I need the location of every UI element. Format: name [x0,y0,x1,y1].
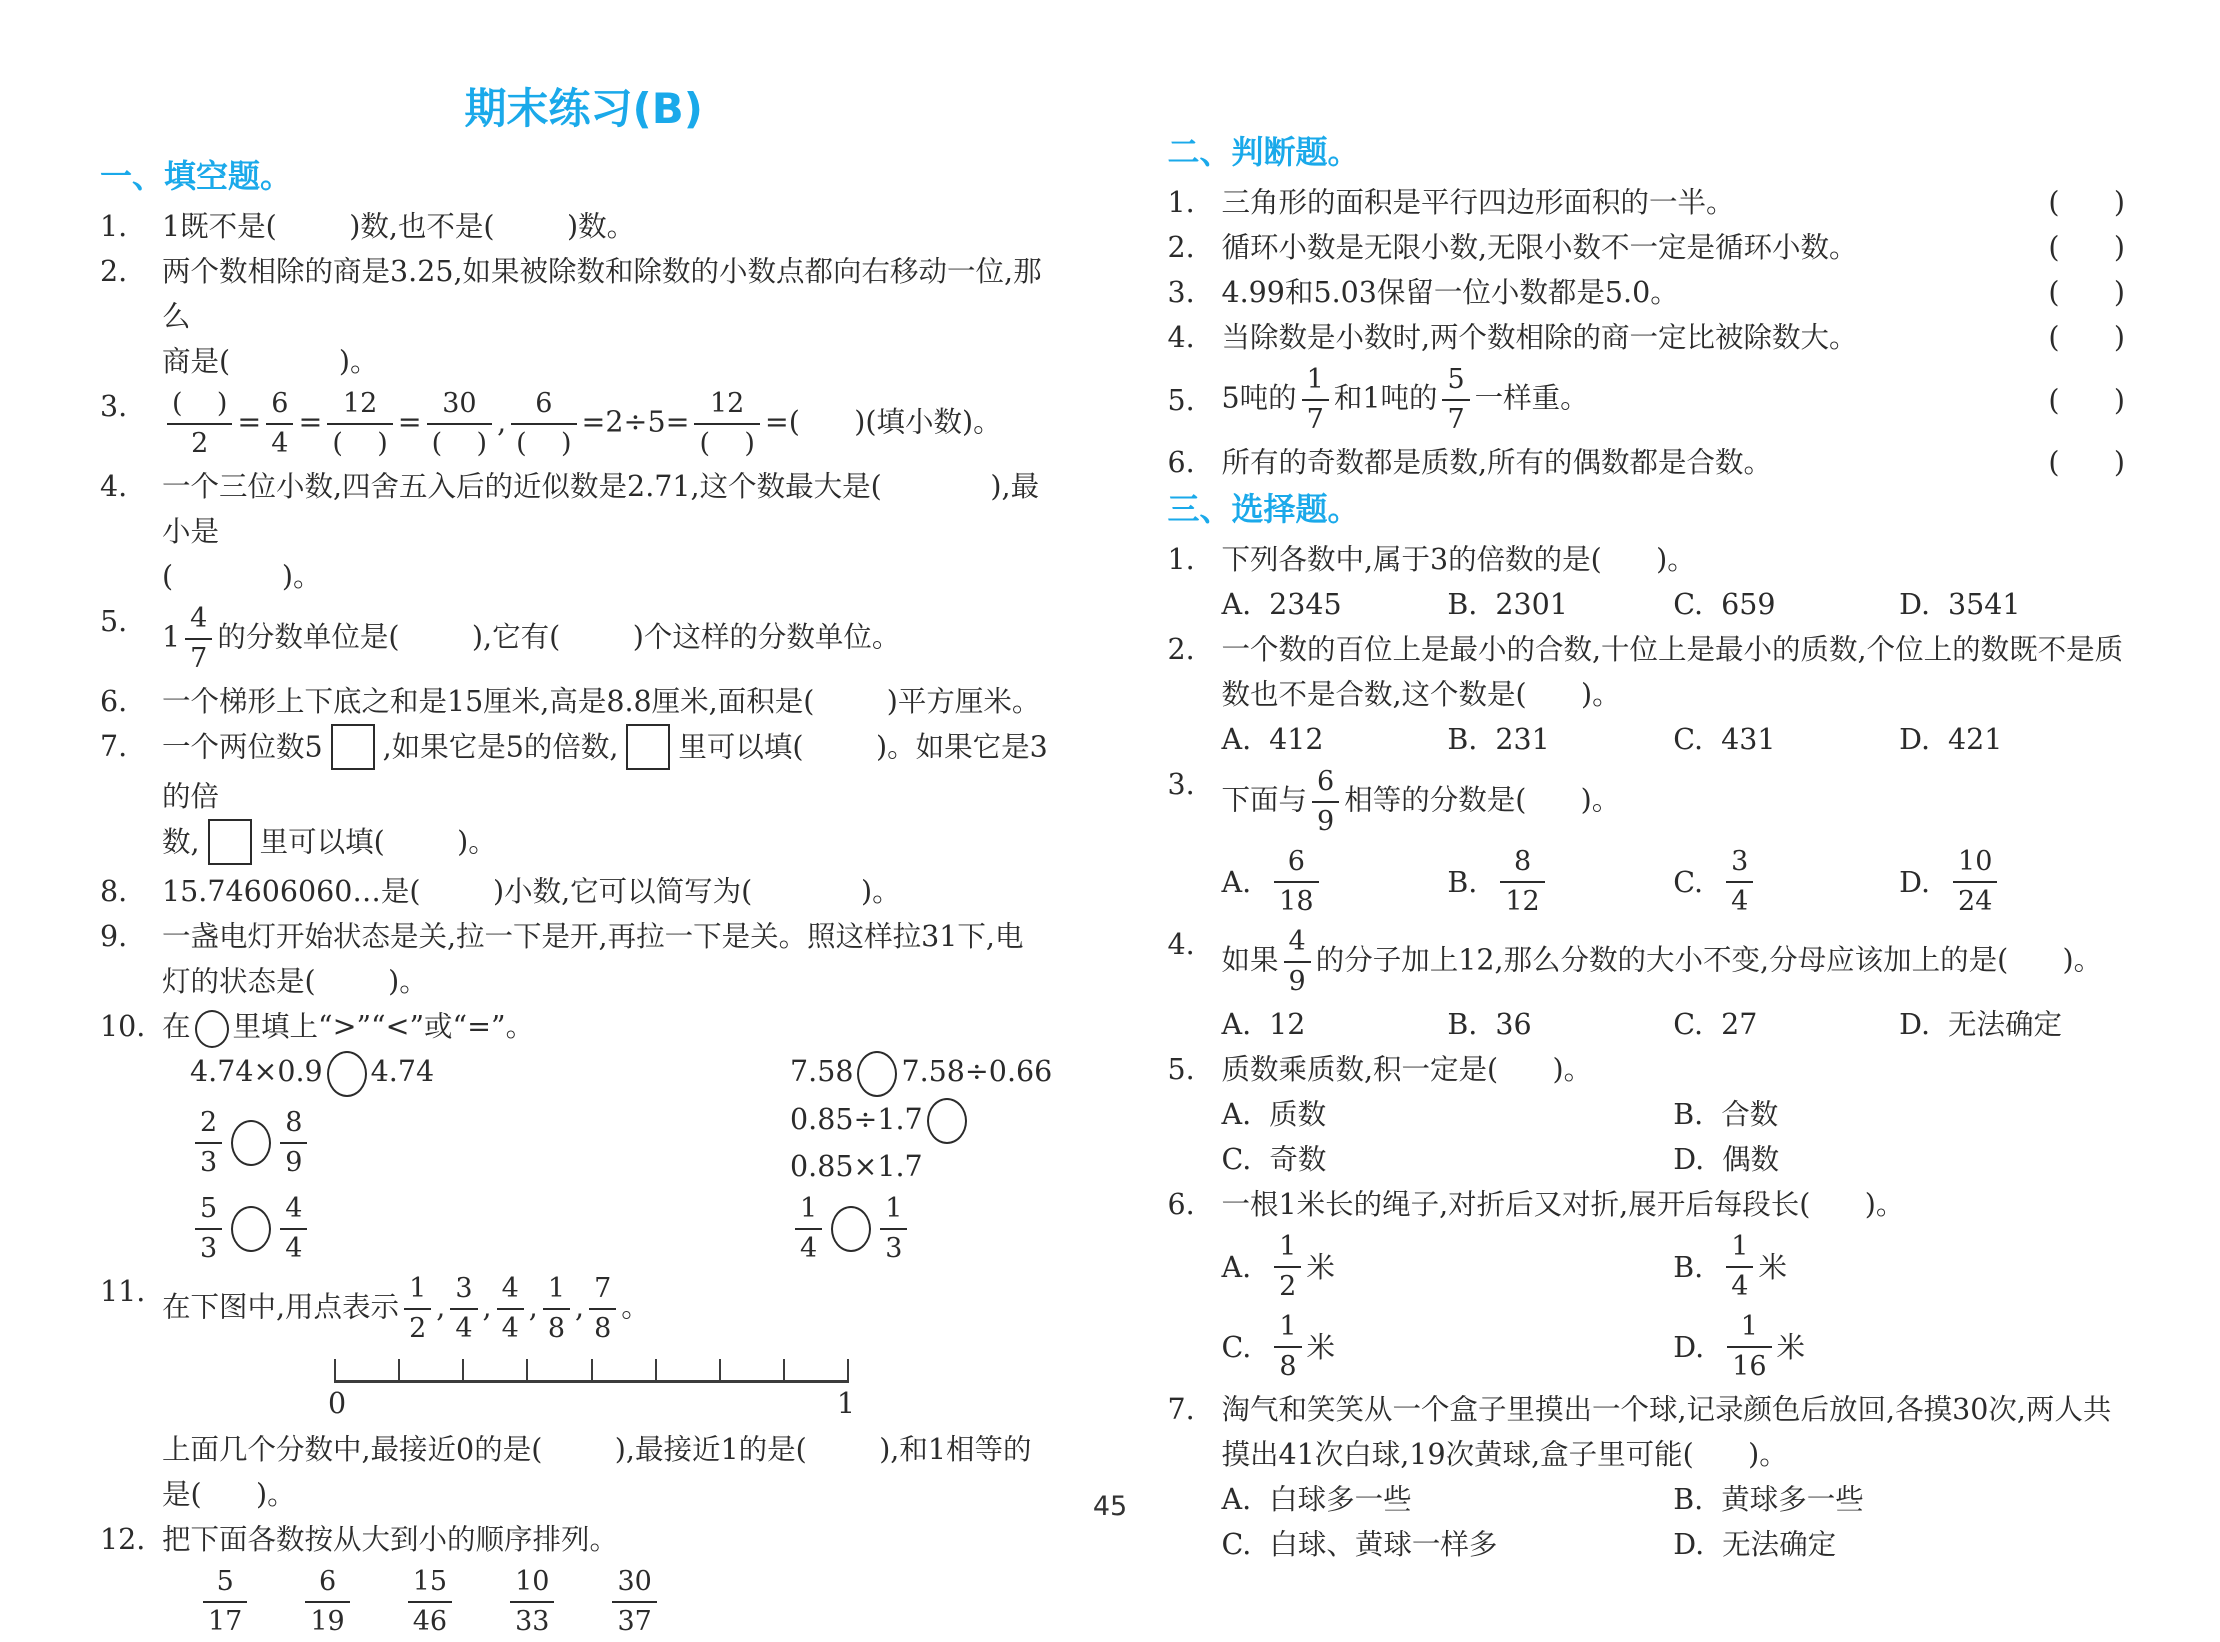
option-unit: 米 [1777,1325,1806,1370]
question-number: 1. [100,204,162,249]
fraction: 14 [1726,1229,1753,1305]
question-number: 9. [100,914,162,959]
fraction-denominator: 3 [880,1230,907,1267]
number-line-segment [398,1359,462,1380]
question-number: 5. [1167,378,1221,423]
fraction-numerator: 1 [1726,1229,1753,1268]
choice-question-1: 1. 下列各数中,属于3的倍数的是( )。 A.2345 B.2301 C.65… [1167,537,2125,627]
fraction-denominator: 4 [280,1230,307,1267]
question-number: 3. [1167,270,1221,315]
question-text: 15.74606060…是( )小数,它可以简写为( )。 [162,875,901,908]
question-text: 5吨的 [1221,382,1296,415]
fill-question-1: 1. 1既不是( )数,也不是( )数。 [100,204,1067,249]
option-value: 36 [1495,1002,1531,1047]
fill-question-7: 7. 一个两位数5,如果它是5的倍数,里可以填( )。如果它是3的倍 数,里可以… [100,724,1067,869]
option-label: D. [1899,860,1930,905]
question-text: 数也不是合数,这个数是( )。 [1221,678,1620,711]
option-label: B. [1673,1092,1703,1137]
fill-question-11: 11. 在下图中,用点表示12,34,44,18,78。 [100,1269,1067,1517]
choice-option: D.421 [1899,717,2125,762]
fraction-denominator: ( ) [327,425,392,462]
answer-paren: ( ) [2038,315,2125,360]
option-label: A. [1221,860,1251,905]
number-line-segment [719,1359,783,1380]
fraction-denominator: 3 [195,1144,222,1181]
fraction-numerator: 1 [1274,1309,1301,1348]
option-unit: 米 [1758,1245,1787,1290]
question-number: 8. [100,869,162,914]
fraction: 14 [795,1191,822,1267]
option-label: D. [1673,1325,1704,1370]
comma: , [483,1291,492,1324]
option-label: A. [1221,1002,1251,1047]
comparison-circle [231,1206,271,1252]
fraction-denominator: 4 [450,1310,477,1347]
question-number: 11. [100,1269,162,1314]
option-value: 2345 [1269,582,1342,627]
question-text: 上面几个分数中,最接近0的是( ),最接近1的是( ),和1相等的 [162,1433,1032,1466]
question-number: 4. [100,464,162,509]
option-label: B. [1447,1002,1477,1047]
question-text: ( )。 [162,560,321,593]
question-text: 所有的奇数都是质数,所有的偶数都是合数。 [1221,440,2038,485]
fraction-denominator: 2 [167,425,232,462]
options-row: A.618 B.812 C.34 D.1024 [1221,842,2125,922]
option-label: D. [1673,1137,1704,1182]
number-line-segment [591,1359,655,1380]
fraction: 64 [266,386,293,462]
comma: , [575,1291,584,1324]
question-text: 的分子加上12,那么分数的大小不变,分母应该加上的是( )。 [1316,944,2102,977]
question-text: 下面与 [1221,784,1307,817]
fraction-denominator: ( ) [511,425,576,462]
fraction-denominator: 4 [1726,1268,1753,1305]
fraction-numerator: 3 [1726,844,1753,883]
answer-paren: ( ) [2038,440,2125,485]
option-label: C. [1673,582,1703,627]
fraction-numerator: 10 [510,1564,554,1603]
page-title: 期末练习(B) [100,82,1067,136]
expression-text: =2÷5= [582,406,690,439]
question-number: 7. [100,724,162,769]
fraction: 116 [1727,1309,1771,1385]
question-text: 5吨的17和1吨的57一样重。 [1221,360,2038,440]
question-text: 一盏电灯开始状态是关,拉一下是开,再拉一下是关。照这样拉31下,电 [162,920,1023,953]
choice-option: D.1024 [1899,842,2125,922]
question-text: 两个数相除的商是3.25,如果被除数和除数的小数点都向右移动一位,那么 [162,255,1042,333]
options-row: A.12米 B.14米 C.18米 D.116米 [1221,1227,2125,1387]
option-label: C. [1221,1137,1251,1182]
question-number: 1. [1167,537,1221,582]
option-value: 421 [1948,717,2002,762]
fraction: 44 [280,1191,307,1267]
option-label: D. [1899,717,1930,762]
question-text: 淘气和笑笑从一个盒子里摸出一个球,记录颜色后放回,各摸30次,两人共 [1221,1393,2111,1426]
fraction: 23 [195,1105,222,1181]
option-label: B. [1447,717,1477,762]
question-number: 3. [1167,762,1221,807]
fraction-denominator: 7 [1302,401,1329,438]
section-heading-fill: 一、填空题。 [100,152,1067,200]
page-number: 45 [0,1484,2220,1529]
fraction-denominator: 4 [795,1230,822,1267]
fraction-numerator: 1 [1302,362,1329,401]
question-text: 在 [162,1010,191,1043]
answer-paren: ( ) [2038,180,2125,225]
fill-question-2: 2. 两个数相除的商是3.25,如果被除数和除数的小数点都向右移动一位,那么 商… [100,249,1067,384]
fraction-denominator: 12 [1500,883,1544,920]
answer-paren: ( ) [2038,270,2125,315]
fraction: 34 [1726,844,1753,920]
choice-question-2: 2. 一个数的百位上是最小的合数,十位上是最小的质数,个位上的数既不是质 数也不… [1167,627,2125,762]
question-number: 7. [1167,1387,1221,1432]
question-text: 里可以填( )。 [260,826,497,859]
fraction: 12 [404,1271,431,1347]
question-number: 3. [100,384,162,429]
option-value: 无法确定 [1948,1002,2062,1047]
question-text: 和1吨的 [1334,382,1438,415]
fraction-numerator: 7 [589,1271,616,1310]
expression-left: 4.74×0.9 [190,1055,323,1088]
choice-option: A.2345 [1221,582,1447,627]
equals-sign: = [398,406,422,439]
fraction-denominator: 8 [543,1310,570,1347]
fraction: 69 [1312,764,1339,840]
question-number: 5. [1167,1047,1221,1092]
fill-question-10: 10. 在里填上“>”“<”或“=”。 4.74×0.94.74 7.587.5… [100,1004,1067,1269]
fraction-numerator: 30 [427,386,492,425]
question-text: 一根1米长的绳子,对折后又对折,展开后每段长( )。 [1221,1188,1904,1221]
number-line-label-1: 1 [837,1383,855,1425]
fraction: 49 [1284,924,1311,1000]
option-label: C. [1221,1325,1251,1370]
fraction-numerator: 1 [880,1191,907,1230]
choice-option: C.奇数 [1221,1137,1673,1182]
equals-sign: = [237,406,261,439]
question-text: 一样重。 [1475,382,1589,415]
number-line-segment [526,1359,590,1380]
fraction-numerator: 12 [694,386,759,425]
section-heading-judge: 二、判断题。 [1167,128,2125,176]
choice-option: B.2301 [1447,582,1673,627]
comma: , [529,1291,538,1324]
fraction-numerator: 30 [612,1564,656,1603]
choice-option: B.14米 [1673,1227,2125,1307]
period: 。 [621,1291,650,1324]
fraction: 619 [305,1564,349,1640]
comparison-circle [327,1051,367,1097]
choice-option: C.34 [1673,842,1899,922]
fraction-numerator: 5 [203,1564,247,1603]
fill-question-9: 9. 一盏电灯开始状态是关,拉一下是开,再拉一下是关。照这样拉31下,电 灯的状… [100,914,1067,1004]
answer-paren: ( ) [2038,378,2125,423]
question-text: 1既不是( )数,也不是( )数。 [162,210,635,243]
option-label: A. [1221,1245,1251,1290]
fraction: 812 [1500,844,1544,920]
fill-question-12: 12. 把下面各数按从大到小的顺序排列。 517 619 1546 1033 3… [100,1517,1067,1642]
fraction: 18 [1274,1309,1301,1385]
comparison-row: 4.74×0.94.74 7.587.58÷0.66 [162,1049,1067,1097]
fraction-numerator: 6 [305,1564,349,1603]
fraction: 44 [497,1271,524,1347]
options-row: A.412 B.231 C.431 D.421 [1221,717,2125,762]
option-label: C. [1673,860,1703,905]
choice-option: C.18米 [1221,1307,1673,1387]
fraction-denominator: 3 [195,1230,222,1267]
fill-question-3: 3. ( )2=64=12( )=30( ),6( )=2÷5=12( )=( … [100,384,1067,464]
comparison-circle [231,1120,271,1166]
option-value: 431 [1721,717,1775,762]
fraction-numerator: 6 [511,386,576,425]
fraction-denominator: 24 [1953,883,1997,920]
option-label: A. [1221,1092,1251,1137]
option-label: D. [1899,582,1930,627]
fraction-numerator: 4 [185,601,212,640]
mixed-number-whole: 1 [162,621,180,654]
fraction: 1024 [1953,844,1997,920]
fraction-numerator: 6 [1274,844,1318,883]
fraction-numerator: 5 [195,1191,222,1230]
fraction-denominator: 18 [1274,883,1318,920]
fraction: 78 [589,1271,616,1347]
blank-box [208,819,252,865]
number-line-segment [783,1359,849,1380]
comparison-row: 2389 0.85÷1.70.85×1.7 [162,1097,1067,1190]
question-number: 5. [100,599,162,644]
answer-paren: ( ) [2038,225,2125,270]
fill-question-4: 4. 一个三位小数,四舍五入后的近似数是2.71,这个数最大是( ),最小是 (… [100,464,1067,599]
fraction: 12 [1274,1229,1301,1305]
fraction: 618 [1274,844,1318,920]
number-line-ruler [334,1359,849,1383]
blank-box [331,724,375,770]
choice-question-4: 4. 如果49的分子加上12,那么分数的大小不变,分母应该加上的是( )。 A.… [1167,922,2125,1047]
option-value: 27 [1721,1002,1757,1047]
options-row: A.2345 B.2301 C.659 D.3541 [1221,582,2125,627]
fraction: 57 [1442,362,1469,438]
fraction-denominator: 4 [1726,883,1753,920]
option-label: A. [1221,717,1251,762]
question-text: 一个数的百位上是最小的合数,十位上是最小的质数,个位上的数既不是质 [1221,633,2123,666]
fraction-numerator: 6 [1312,764,1339,803]
fraction-list: 517 619 1546 1033 3037 [162,1562,1067,1642]
option-value: 412 [1269,717,1323,762]
question-text: 下列各数中,属于3的倍数的是( )。 [1221,543,1695,576]
worksheet-page: 期末练习(B) 一、填空题。 1. 1既不是( )数,也不是( )数。 2. 两… [0,0,2220,1642]
question-text: 灯的状态是( )。 [162,965,428,998]
expression-right: 7.58÷0.66 [901,1055,1052,1088]
choice-question-5: 5. 质数乘质数,积一定是( )。 A.质数 B.合数 C.奇数 D.偶数 [1167,1047,2125,1182]
question-text: 如果 [1221,944,1278,977]
number-line-label-0: 0 [328,1383,346,1425]
option-value: 合数 [1721,1092,1778,1137]
fraction-numerator: ( ) [167,386,232,425]
fraction-numerator: 15 [408,1564,452,1603]
left-column: 期末练习(B) 一、填空题。 1. 1既不是( )数,也不是( )数。 2. 两… [100,82,1067,1642]
comparison-circle [857,1051,897,1097]
option-label: C. [1673,1002,1703,1047]
fraction-denominator: 2 [1274,1268,1301,1305]
fraction-numerator: 6 [266,386,293,425]
judge-question-4: 4. 当除数是小数时,两个数相除的商一定比被除数大。 ( ) [1167,315,2125,360]
choice-option: A.12米 [1221,1227,1673,1307]
choice-option: B.36 [1447,1002,1673,1047]
fraction-denominator: ( ) [427,425,492,462]
choice-option: A.12 [1221,1002,1447,1047]
question-text: =( )(填小数)。 [765,406,1002,439]
option-value: 质数 [1269,1092,1326,1137]
fraction-denominator: 33 [510,1603,554,1640]
choice-question-3: 3. 下面与69相等的分数是( )。 A.618 B.812 C.34 D.10… [1167,762,2125,922]
comparison-row: 5344 1413 [162,1189,1067,1269]
option-value: 偶数 [1722,1137,1779,1182]
fraction: 12( ) [327,386,392,462]
judge-question-5: 5. 5吨的17和1吨的57一样重。 ( ) [1167,360,2125,440]
fraction-numerator: 8 [1500,844,1544,883]
fraction-numerator: 12 [327,386,392,425]
fraction-numerator: 1 [795,1191,822,1230]
comma: , [436,1291,445,1324]
option-value: 3541 [1948,582,2021,627]
fraction: 47 [185,601,212,677]
fraction: 3037 [612,1564,656,1640]
question-text: 循环小数是无限小数,无限小数不一定是循环小数。 [1221,225,2038,270]
question-number: 6. [1167,440,1221,485]
comparison-circle [195,1010,229,1048]
question-text: 相等的分数是( )。 [1344,784,1620,817]
choice-option: B.231 [1447,717,1673,762]
fraction: 1033 [510,1564,554,1640]
choice-option: D.116米 [1673,1307,2125,1387]
fraction-denominator: 8 [1274,1348,1301,1385]
number-line-segment [462,1359,526,1380]
question-number: 4. [1167,922,1221,967]
expression-right: 4.74 [371,1055,434,1088]
fill-question-8: 8. 15.74606060…是( )小数,它可以简写为( )。 [100,869,1067,914]
question-text: 里填上“>”“<”或“=”。 [233,1010,535,1043]
equals-sign: = [298,406,322,439]
options-row: A.12 B.36 C.27 D.无法确定 [1221,1002,2125,1047]
question-number: 6. [100,679,162,724]
question-text: 商是( )。 [162,345,378,378]
choice-option: C.659 [1673,582,1899,627]
fraction-numerator: 4 [280,1191,307,1230]
choice-option: C.27 [1673,1002,1899,1047]
options-row: A.质数 B.合数 C.奇数 D.偶数 [1221,1092,2125,1182]
option-label: B. [1447,582,1477,627]
fraction-denominator: 2 [404,1310,431,1347]
choice-option: B.812 [1447,842,1673,922]
expression-left: 0.85÷1.7 [790,1103,923,1136]
option-label: B. [1447,860,1477,905]
fraction: 517 [203,1564,247,1640]
number-line-segment [334,1359,398,1380]
choice-option: D.无法确定 [1899,1002,2125,1047]
fraction-numerator: 10 [1953,844,1997,883]
fraction-denominator: 8 [589,1310,616,1347]
fraction: 89 [280,1105,307,1181]
fill-question-6: 6. 一个梯形上下底之和是15厘米,高是8.8厘米,面积是( )平方厘米。 [100,679,1067,724]
comparison-circle [927,1098,967,1144]
option-label: B. [1673,1245,1703,1290]
option-value: 2301 [1495,582,1568,627]
comma: , [497,406,506,439]
fraction-denominator: 46 [408,1603,452,1640]
option-label: C. [1673,717,1703,762]
choice-option: B.合数 [1673,1092,2125,1137]
fraction: 34 [450,1271,477,1347]
option-value: 12 [1269,1002,1305,1047]
blank-box [626,724,670,770]
question-text: 一个梯形上下底之和是15厘米,高是8.8厘米,面积是( )平方厘米。 [162,685,1040,718]
question-number: 2. [1167,627,1221,672]
question-number: 4. [1167,315,1221,360]
choice-option: A.质数 [1221,1092,1673,1137]
judge-question-2: 2. 循环小数是无限小数,无限小数不一定是循环小数。 ( ) [1167,225,2125,270]
option-unit: 米 [1306,1245,1335,1290]
question-number: 2. [100,249,162,294]
fraction-numerator: 2 [195,1105,222,1144]
question-text: ,如果它是5的倍数, [383,731,619,764]
fraction-numerator: 3 [450,1271,477,1310]
option-label: D. [1899,1002,1930,1047]
question-text: 4.99和5.03保留一位小数都是5.0。 [1221,270,2038,315]
fraction: 17 [1302,362,1329,438]
number-line-segment [655,1359,719,1380]
question-text: 在下图中,用点表示 [162,1291,399,1324]
fraction: 18 [543,1271,570,1347]
choice-option: C.431 [1673,717,1899,762]
fraction: 30( ) [427,386,492,462]
fraction-numerator: 5 [1442,362,1469,401]
fraction-numerator: 4 [497,1271,524,1310]
fraction-denominator: 9 [280,1144,307,1181]
comparison-circle [831,1206,871,1252]
fraction-denominator: 9 [1312,803,1339,840]
option-label: A. [1221,582,1251,627]
question-text: 摸出41次白球,19次黄球,盒子里可能( )。 [1221,1438,1787,1471]
question-text: 一个两位数5 [162,731,323,764]
fill-question-5: 5. 147的分数单位是( ),它有( )个这样的分数单位。 [100,599,1067,679]
choice-question-7: 7. 淘气和笑笑从一个盒子里摸出一个球,记录颜色后放回,各摸30次,两人共 摸出… [1167,1387,2125,1567]
option-value: 231 [1495,717,1549,762]
question-number: 2. [1167,225,1221,270]
judge-question-3: 3. 4.99和5.03保留一位小数都是5.0。 ( ) [1167,270,2125,315]
section-heading-choice: 三、选择题。 [1167,485,2125,533]
fraction-denominator: 7 [185,640,212,677]
question-text: 一个三位小数,四舍五入后的近似数是2.71,这个数最大是( ),最小是 [162,470,1039,548]
choice-option: A.412 [1221,717,1447,762]
fraction-denominator: ( ) [694,425,759,462]
fraction-denominator: 9 [1284,963,1311,1000]
fraction-denominator: 37 [612,1603,656,1640]
fraction-denominator: 4 [497,1310,524,1347]
fraction: 12( ) [694,386,759,462]
question-number: 10. [100,1004,162,1049]
question-number: 1. [1167,180,1221,225]
fraction: 1546 [408,1564,452,1640]
expression-right: 0.85×1.7 [790,1150,923,1183]
choice-option: A.618 [1221,842,1447,922]
option-value: 奇数 [1269,1137,1326,1182]
question-text: 三角形的面积是平行四边形面积的一半。 [1221,180,2038,225]
choice-option: D.3541 [1899,582,2125,627]
question-text: 的分数单位是( ),它有( )个这样的分数单位。 [217,621,900,654]
judge-question-6: 6. 所有的奇数都是质数,所有的偶数都是合数。 ( ) [1167,440,2125,485]
expression-left: 7.58 [790,1055,853,1088]
fraction: 13 [880,1191,907,1267]
fraction: ( )2 [167,386,232,462]
